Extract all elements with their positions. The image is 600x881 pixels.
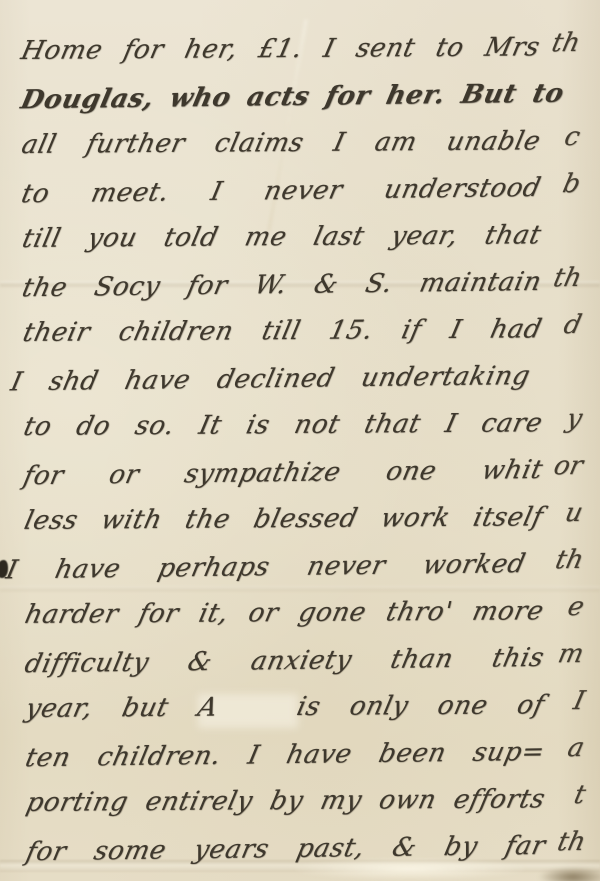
edge-fragment: y bbox=[562, 396, 587, 443]
edge-fragment: u bbox=[560, 490, 587, 537]
edge-fragment: c bbox=[560, 114, 585, 161]
line-text: ten children. I have been sup= bbox=[21, 729, 550, 782]
letter-line: difficulty & anxiety than this m bbox=[23, 635, 567, 686]
line-text: difficulty & anxiety than this bbox=[20, 635, 549, 688]
line-text: for or sympathize one whit bbox=[19, 447, 548, 500]
edge-fragment: th bbox=[552, 819, 590, 866]
letter-line: harder for it, or gone thro' more e bbox=[23, 588, 567, 639]
letter-line: ten children. I have been sup= a bbox=[24, 729, 568, 780]
line-text: year, but A is only one of bbox=[21, 682, 550, 733]
line-text: less with the blessed work itself bbox=[19, 494, 548, 545]
letter-line: Home for her, £1. I sent to Mrs th bbox=[19, 24, 563, 75]
letter-line: to do so. It is not that I care y bbox=[22, 400, 566, 451]
edge-fragment: th bbox=[550, 537, 588, 584]
letter-line: I shd have declined undertaking bbox=[21, 353, 565, 404]
edge-fragment: t bbox=[569, 772, 590, 819]
letter-line: less with the blessed work itself u bbox=[22, 494, 566, 545]
letter-line: for some years past, & by far th bbox=[25, 823, 569, 874]
line-text: Home for her, £1. I sent to Mrs bbox=[16, 24, 545, 75]
line-text: to meet. I never understood bbox=[17, 165, 546, 218]
line-text: for some years past, & by far bbox=[21, 823, 550, 876]
letter-line: their children till 15. if I had d bbox=[21, 306, 565, 357]
letter-line: the Socy for W. & S. maintain th bbox=[21, 259, 565, 310]
line-text: I have perhaps never worked bbox=[1, 541, 530, 594]
letter-line: for or sympathize one whit or bbox=[22, 447, 566, 498]
letter-line: all further claims I am unable c bbox=[20, 118, 564, 169]
line-text: harder for it, or gone thro' more bbox=[20, 588, 549, 639]
letter-page: Home for her, £1. I sent to Mrs th Dougl… bbox=[0, 0, 600, 881]
edge-fragment: b bbox=[558, 161, 585, 208]
edge-fragment: th bbox=[547, 20, 585, 67]
edge-fragment: m bbox=[554, 631, 589, 678]
line-text: till you told me last year, that bbox=[17, 212, 546, 263]
letter-line: I have perhaps never worked th bbox=[23, 541, 567, 592]
line-text: porting entirely by my own efforts bbox=[21, 776, 550, 827]
edge-fragment: a bbox=[563, 725, 589, 772]
letter-line: Douglas, who acts for her. But to bbox=[19, 71, 563, 122]
letter-line: to meet. I never understood b bbox=[20, 165, 564, 216]
line-text: to do so. It is not that I care bbox=[19, 400, 548, 451]
line-text: their children till 15. if I had bbox=[18, 306, 547, 357]
line-text: I shd have declined undertaking bbox=[6, 353, 535, 406]
letter-line: year, but A is only one of I bbox=[24, 682, 568, 733]
letter-text: Home for her, £1. I sent to Mrs th Dougl… bbox=[0, 24, 600, 874]
letter-line: porting entirely by my own efforts t bbox=[24, 776, 568, 827]
edge-fragment: I bbox=[568, 678, 589, 725]
line-text: all further claims I am unable bbox=[17, 118, 546, 169]
edge-fragment: th bbox=[548, 255, 586, 302]
edge-fragment: d bbox=[559, 302, 586, 349]
line-text: the Socy for W. & S. maintain bbox=[17, 259, 546, 312]
letter-line: till you told me last year, that bbox=[20, 212, 564, 263]
line-text: Douglas, who acts for her. But to bbox=[16, 71, 545, 124]
edge-fragment: e bbox=[562, 584, 588, 631]
edge-fragment: or bbox=[549, 443, 588, 490]
